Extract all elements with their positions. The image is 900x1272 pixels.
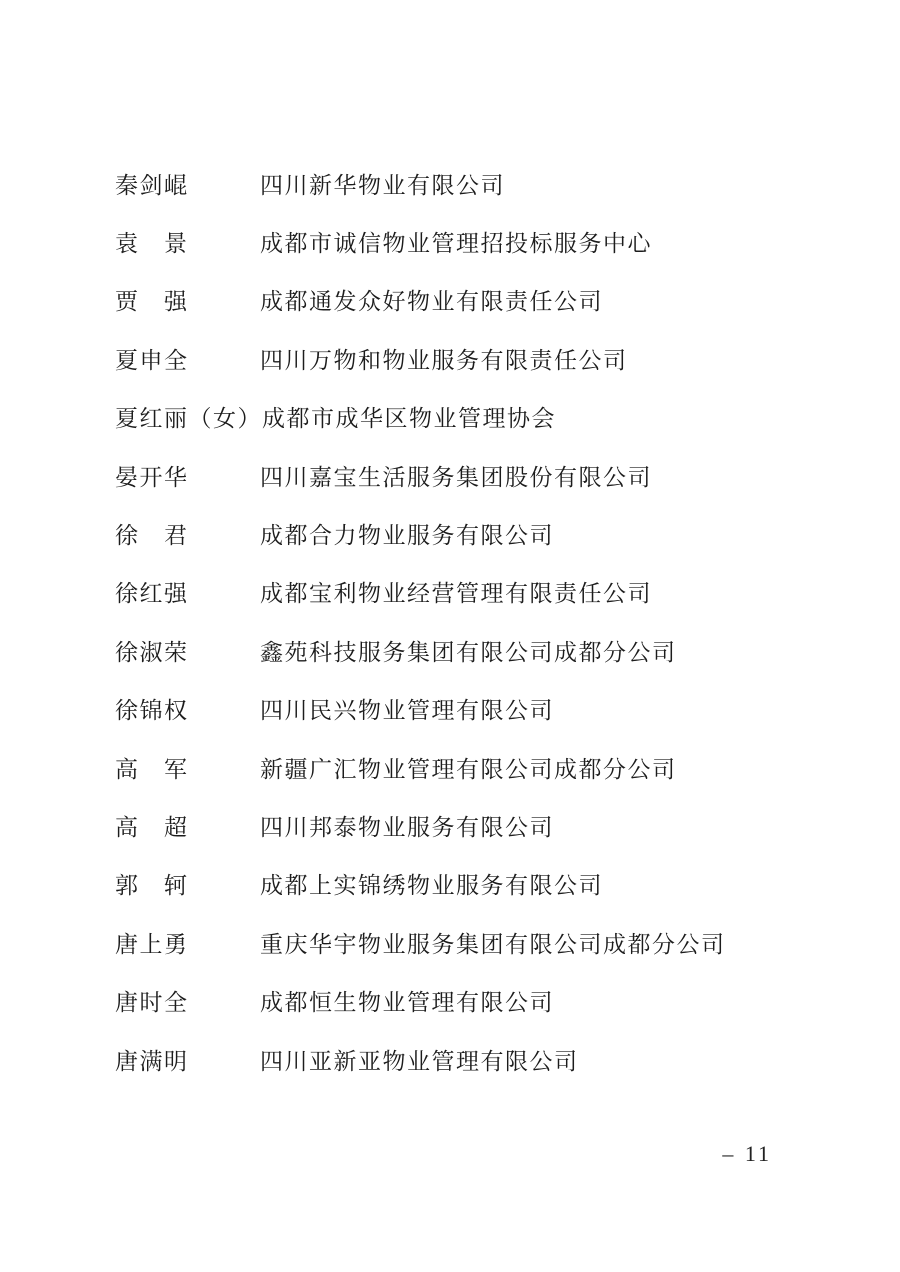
roster-row: 唐上勇重庆华宇物业服务集团有限公司成都分公司 — [115, 913, 835, 971]
roster-row: 贾 强成都通发众好物业有限责任公司 — [115, 271, 835, 329]
organization-name: 四川嘉宝生活服务集团股份有限公司 — [260, 459, 652, 492]
person-name: 秦剑崐 — [115, 167, 260, 200]
organization-name: 四川亚新亚物业管理有限公司 — [260, 1043, 579, 1076]
roster-row: 袁 景成都市诚信物业管理招投标服务中心 — [115, 212, 835, 270]
person-name: 夏红丽（女） — [115, 400, 262, 433]
roster-row: 晏开华四川嘉宝生活服务集团股份有限公司 — [115, 446, 835, 504]
organization-name: 鑫苑科技服务集团有限公司成都分公司 — [260, 634, 677, 667]
roster-row: 徐锦权四川民兴物业管理有限公司 — [115, 680, 835, 738]
roster-row: 唐满明四川亚新亚物业管理有限公司 — [115, 1030, 835, 1088]
roster-row: 唐时全成都恒生物业管理有限公司 — [115, 971, 835, 1029]
person-name: 徐 君 — [115, 517, 260, 550]
organization-name: 成都恒生物业管理有限公司 — [260, 984, 554, 1017]
person-name: 唐上勇 — [115, 926, 260, 959]
person-name: 夏申全 — [115, 342, 260, 375]
roster-row: 高 军新疆广汇物业管理有限公司成都分公司 — [115, 738, 835, 796]
organization-name: 成都通发众好物业有限责任公司 — [260, 283, 603, 316]
roster-row: 夏红丽（女）成都市成华区物业管理协会 — [115, 388, 835, 446]
organization-name: 成都市诚信物业管理招投标服务中心 — [260, 225, 652, 258]
person-name: 高 超 — [115, 809, 260, 842]
person-name: 徐淑荣 — [115, 634, 260, 667]
organization-name: 四川邦泰物业服务有限公司 — [260, 809, 554, 842]
document-page: 秦剑崐四川新华物业有限公司袁 景成都市诚信物业管理招投标服务中心贾 强成都通发众… — [0, 0, 900, 1272]
person-name: 徐红强 — [115, 575, 260, 608]
roster-row: 徐淑荣鑫苑科技服务集团有限公司成都分公司 — [115, 621, 835, 679]
name-organization-roster: 秦剑崐四川新华物业有限公司袁 景成都市诚信物业管理招投标服务中心贾 强成都通发众… — [115, 154, 835, 1088]
organization-name: 成都合力物业服务有限公司 — [260, 517, 554, 550]
organization-name: 成都市成华区物业管理协会 — [262, 400, 556, 433]
person-name: 晏开华 — [115, 459, 260, 492]
roster-row: 夏申全四川万物和物业服务有限责任公司 — [115, 329, 835, 387]
roster-row: 徐 君成都合力物业服务有限公司 — [115, 504, 835, 562]
person-name: 郭 轲 — [115, 867, 260, 900]
person-name: 唐时全 — [115, 984, 260, 1017]
roster-row: 秦剑崐四川新华物业有限公司 — [115, 154, 835, 212]
roster-row: 高 超四川邦泰物业服务有限公司 — [115, 796, 835, 854]
person-name: 高 军 — [115, 751, 260, 784]
organization-name: 重庆华宇物业服务集团有限公司成都分公司 — [260, 926, 726, 959]
organization-name: 新疆广汇物业管理有限公司成都分公司 — [260, 751, 677, 784]
person-name: 袁 景 — [115, 225, 260, 258]
organization-name: 四川民兴物业管理有限公司 — [260, 692, 554, 725]
organization-name: 四川新华物业有限公司 — [260, 167, 505, 200]
roster-row: 徐红强成都宝利物业经营管理有限责任公司 — [115, 563, 835, 621]
organization-name: 成都上实锦绣物业服务有限公司 — [260, 867, 603, 900]
page-number: – 11 — [722, 1141, 772, 1167]
organization-name: 成都宝利物业经营管理有限责任公司 — [260, 575, 652, 608]
organization-name: 四川万物和物业服务有限责任公司 — [260, 342, 628, 375]
roster-row: 郭 轲成都上实锦绣物业服务有限公司 — [115, 855, 835, 913]
person-name: 贾 强 — [115, 283, 260, 316]
person-name: 唐满明 — [115, 1043, 260, 1076]
person-name: 徐锦权 — [115, 692, 260, 725]
